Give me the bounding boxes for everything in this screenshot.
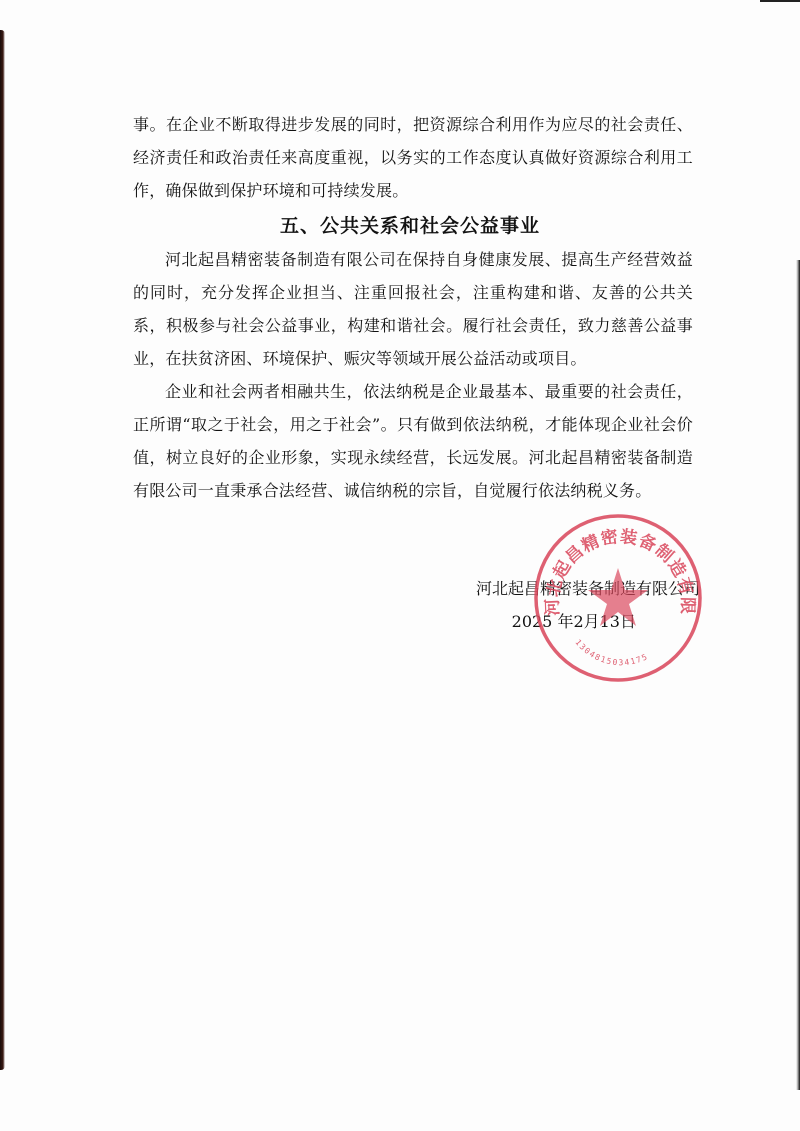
section-heading: 五、公共关系和社会公益事业 — [133, 209, 693, 243]
svg-text:1304815034175: 1304815034175 — [573, 638, 650, 667]
document-page: 事。在企业不断取得进步发展的同时，把资源综合利用作为应尽的社会责任、经济责任和政… — [133, 108, 693, 507]
signature-block: 河北起昌精密装备制造有限公司 2025 年2月13日 — [460, 572, 700, 638]
paragraph-public-relations: 河北起昌精密装备制造有限公司在保持自身健康发展、提高生产经营效益的同时，充分发挥… — [133, 243, 693, 375]
signature-company: 河北起昌精密装备制造有限公司 — [460, 572, 700, 605]
stamp-number: 1304815034175 — [573, 638, 650, 667]
scan-edge-top — [760, 0, 800, 2]
scan-edge-right — [796, 260, 800, 1090]
continuation-paragraph: 事。在企业不断取得进步发展的同时，把资源综合利用作为应尽的社会责任、经济责任和政… — [133, 108, 693, 207]
paragraph-tax-responsibility: 企业和社会两者相融共生，依法纳税是企业最基本、最重要的社会责任，正所谓“取之于社… — [133, 375, 693, 507]
scan-edge-left — [0, 30, 5, 1070]
signature-date: 2025 年2月13日 — [460, 605, 700, 638]
